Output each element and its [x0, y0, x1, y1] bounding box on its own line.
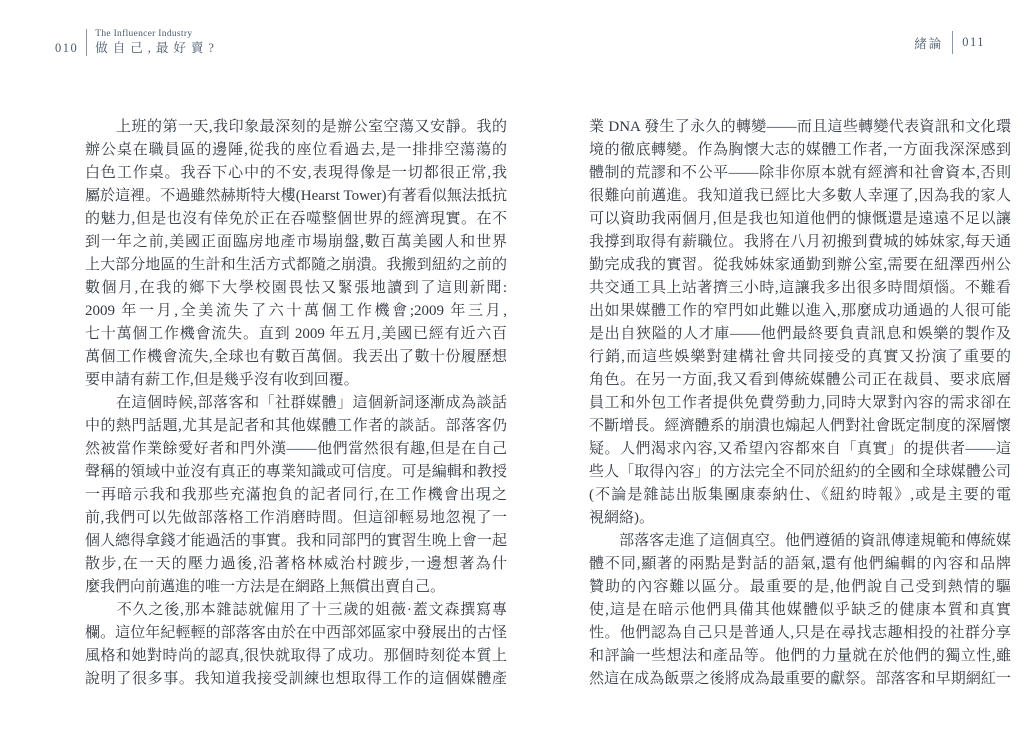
text-line: 贊助的內容難以區分。最重要的是,他們說自己受到熱情的驅	[589, 576, 1011, 599]
text-line: 使,這是在暗示他們具備其他媒體似乎缺乏的健康本質和真實	[589, 599, 1011, 622]
text-line: 視網絡)。	[589, 507, 1011, 530]
text-line: 2009 年一月,全美流失了六十萬個工作機會;2009 年三月,	[85, 300, 507, 323]
text-line: 個人總得拿錢才能過活的事實。我和同部門的實習生晚上會一起	[85, 530, 507, 553]
text-line: 疑。人們渴求內容,又希望內容都來自「真實」的提供者——這	[589, 438, 1011, 461]
header-divider	[952, 31, 953, 54]
text-line: 在這個時候,部落客和「社群媒體」這個新詞逐漸成為談話	[85, 392, 507, 415]
right-page-header: 緒論 011	[914, 31, 985, 54]
text-line: 角色。在另一方面,我又看到傳統媒體公司正在裁員、要求底層	[589, 369, 1011, 392]
text-line: 勤完成我的實習。從我姊妹家通勤到辦公室,需要在紐澤西州公	[589, 254, 1011, 277]
left-page-number: 010	[55, 41, 78, 56]
text-line: 部落客走進了這個真空。他們遵循的資訊傳達規範和傳統媒	[589, 530, 1011, 553]
text-line: 上班的第一天,我印象最深刻的是辦公室空蕩又安靜。我的	[85, 116, 507, 139]
text-line: 說明了很多事。我知道我接受訓練也想取得工作的這個媒體產	[85, 668, 507, 691]
text-line: 員工和外包工作者提供免費勞動力,同時大眾對內容的需求卻在	[589, 392, 1011, 415]
text-line: 我撐到取得有薪職位。我將在八月初搬到費城的姊妹家,每天通	[589, 231, 1011, 254]
text-line: (不論是雜誌出版集團康泰納仕、《紐約時報》,或是主要的電	[589, 484, 1011, 507]
text-line: 共交通工具上站著擠三小時,這讓我多出很多時間煩惱。不難看	[589, 277, 1011, 300]
book-title: 做自己,最好賣?	[95, 40, 219, 56]
text-line: 中的熱門話題,尤其是記者和其他媒體工作者的談話。部落客仍	[85, 415, 507, 438]
text-line: 體不同,顯著的兩點是對話的語氣,還有他們編輯的內容和品牌	[589, 553, 1011, 576]
text-line: 要申請有薪工作,但是幾乎沒有收到回覆。	[85, 369, 507, 392]
right-page-text: 業 DNA 發生了永久的轉變——而且這些轉變代表資訊和文化環境的徹底轉變。作為胸…	[589, 116, 1011, 691]
text-line: 和評論一些想法和產品等。他們的力量就在於他們的獨立性,雖	[589, 645, 1011, 668]
left-page-text: 上班的第一天,我印象最深刻的是辦公室空蕩又安靜。我的辦公桌在職員區的邊陲,從我的…	[85, 116, 507, 691]
left-page-header: 010 The Influencer Industry 做自己,最好賣?	[55, 29, 219, 56]
text-line: 風格和她對時尚的認真,很快就取得了成功。那個時刻從本質上	[85, 645, 507, 668]
text-line: 業 DNA 發生了永久的轉變——而且這些轉變代表資訊和文化環	[589, 116, 1011, 139]
text-line: 上大部分地區的生計和生活方式都隨之崩潰。我搬到紐約之前的	[85, 254, 507, 277]
text-line: 欄。這位年紀輕輕的部落客由於在中西部郊區家中發展出的古怪	[85, 622, 507, 645]
text-line: 是出自狹隘的人才庫——他們最終要負責訊息和娛樂的製作及	[589, 323, 1011, 346]
text-line: 境的徹底轉變。作為胸懷大志的媒體工作者,一方面我深深感到	[589, 139, 1011, 162]
text-line: 前,我們可以先做部落格工作消磨時間。但這卻輕易地忽視了一	[85, 507, 507, 530]
text-line: 散步,在一天的壓力過後,沿著格林威治村踱步,一邊想著為什	[85, 553, 507, 576]
text-line: 麼我們向前邁進的唯一方法是在網路上無償出賣自己。	[85, 576, 507, 599]
text-line: 七十萬個工作機會流失。直到 2009 年五月,美國已經有近六百	[85, 323, 507, 346]
text-line: 一再暗示我和我那些充滿抱負的記者同行,在工作機會出現之	[85, 484, 507, 507]
text-line: 辦公桌在職員區的邊陲,從我的座位看過去,是一排排空蕩蕩的	[85, 139, 507, 162]
text-line: 可以資助我兩個月,但是我也知道他們的慷慨還是遠遠不足以讓	[589, 208, 1011, 231]
text-line: 然被當作業餘愛好者和門外漢——他們當然很有趣,但是在自己	[85, 438, 507, 461]
text-line: 聲稱的領域中並沒有真正的專業知識或可信度。可是編輯和教授	[85, 461, 507, 484]
text-line: 性。他們認為自己只是普通人,只是在尋找志趣相投的社群分享	[589, 622, 1011, 645]
text-line: 些人「取得內容」的方法完全不同於紐約的全國和全球媒體公司	[589, 461, 1011, 484]
text-line: 然這在成為飯票之後將成為最重要的獻祭。部落客和早期網紅一	[589, 668, 1011, 691]
text-line: 體制的荒謬和不公平——除非你原本就有經濟和社會資本,否則	[589, 162, 1011, 185]
text-line: 白色工作桌。我吞下心中的不安,表現得像是一切都很正常,我	[85, 162, 507, 185]
text-line: 數個月,在我的鄉下大學校園畏怯又緊張地讀到了這則新聞:	[85, 277, 507, 300]
book-spread: 010 The Influencer Industry 做自己,最好賣? 緒論 …	[0, 0, 1034, 733]
chapter-title: 緒論	[914, 34, 943, 52]
text-line: 到一年之前,美國正面臨房地產市場崩盤,數百萬美國人和世界	[85, 231, 507, 254]
text-line: 出如果媒體工作的窄門如此難以進入,那麼成功通過的人很可能	[589, 300, 1011, 323]
text-line: 不斷增長。經濟體系的崩潰也煽起人們對社會既定制度的深層懷	[589, 415, 1011, 438]
right-page-number: 011	[962, 35, 985, 50]
text-line: 很難向前邁進。我知道我已經比大多數人幸運了,因為我的家人	[589, 185, 1011, 208]
text-line: 行銷,而這些娛樂對建構社會共同接受的真實又扮演了重要的	[589, 346, 1011, 369]
text-line: 萬個工作機會流失,全球也有數百萬個。我丟出了數十份履歷想	[85, 346, 507, 369]
series-title: The Influencer Industry	[95, 29, 219, 40]
text-line: 不久之後,那本雜誌就僱用了十三歲的姐薇·蓋文森撰寫專	[85, 599, 507, 622]
book-title-block: The Influencer Industry 做自己,最好賣?	[95, 29, 219, 56]
header-divider	[86, 29, 87, 56]
text-line: 屬於這裡。不過雖然赫斯特大樓(Hearst Tower)有著看似無法抵抗	[85, 185, 507, 208]
text-line: 的魅力,但是也沒有倖免於正在吞噬整個世界的經濟現實。在不	[85, 208, 507, 231]
